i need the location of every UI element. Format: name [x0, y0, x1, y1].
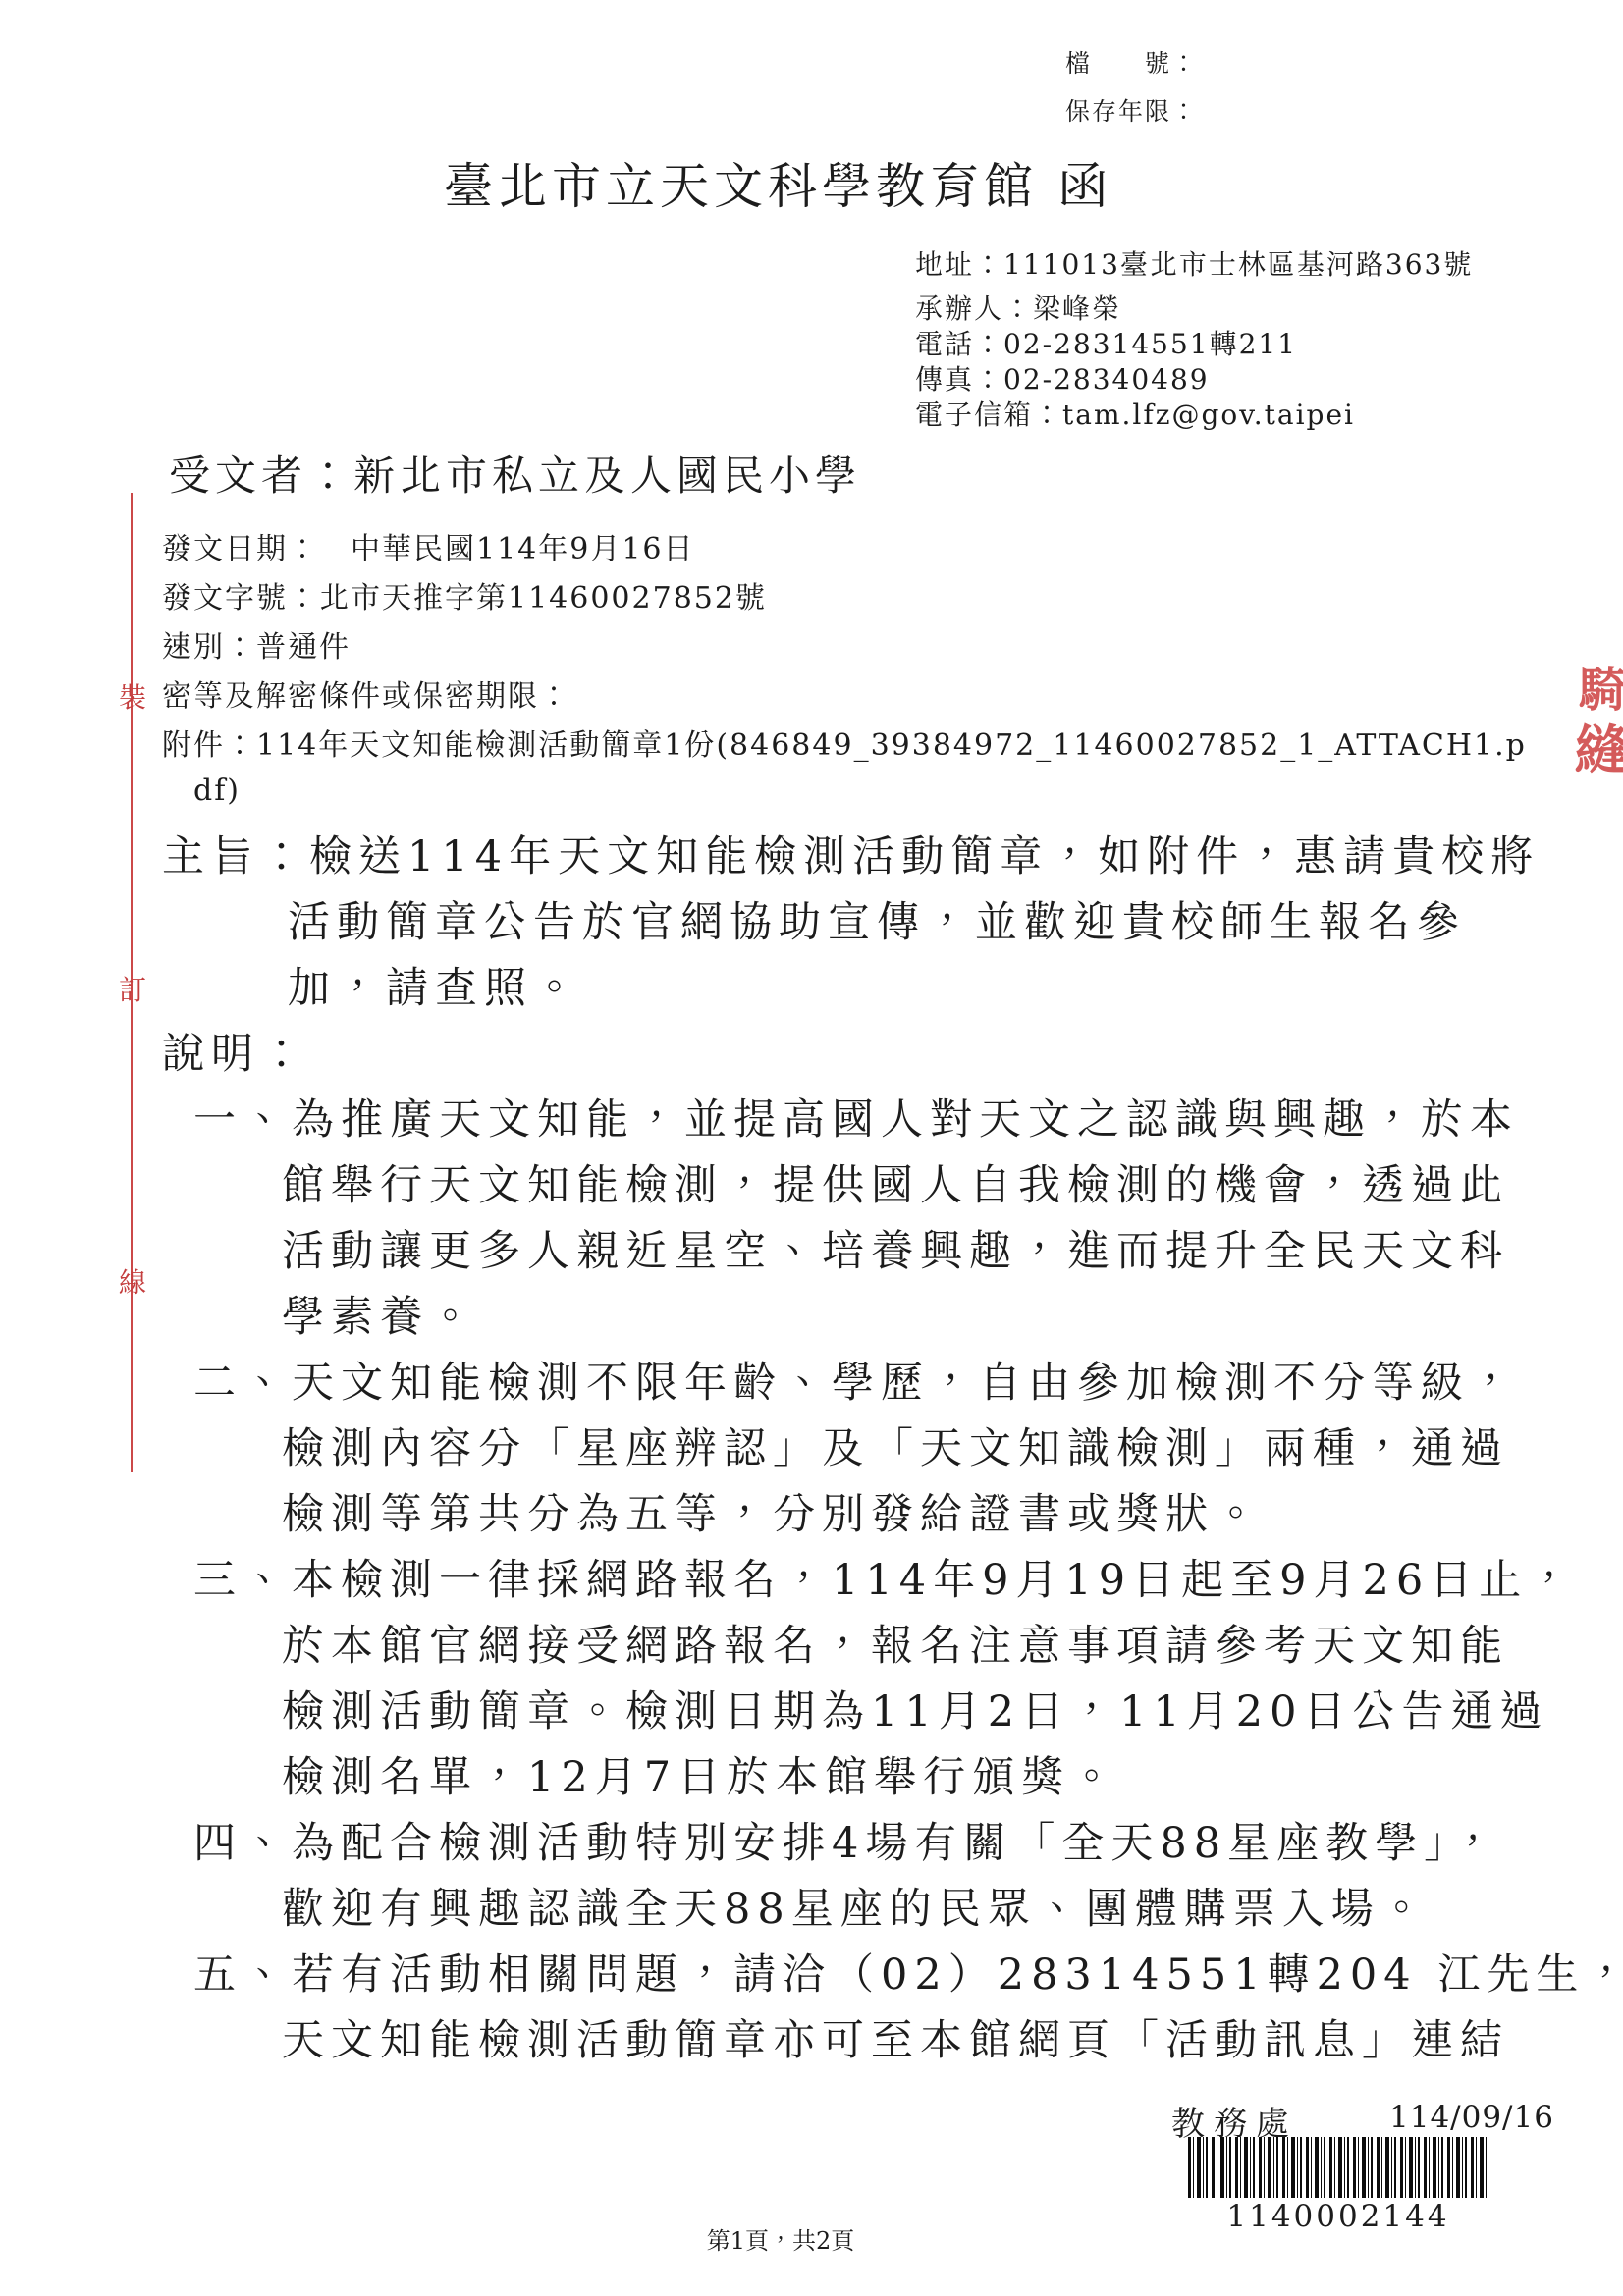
sender-phone: 電話：02-28314551轉211 [915, 327, 1473, 362]
dispatch-number: 發文字號：北市天推字第11460027852號 [162, 574, 1527, 623]
page-edge-stamp: 縫 [1575, 709, 1623, 784]
binding-char-ding: 訂 [117, 975, 148, 1006]
explanation-item-3-line: 於本館官網接受網路報名，報名注意事項請參考天文知能 [162, 1614, 1483, 1680]
explanation-item-1-line: 活動讓更多人親近星空、培養興趣，進而提升全民天文科 [162, 1219, 1483, 1285]
attachment-line-1: 附件：114年天文知能檢測活動簡章1份(846849_39384972_1146… [162, 721, 1527, 771]
explanation-item-1-line: 學素養。 [162, 1285, 1483, 1351]
explanation-item-2-line: 檢測內容分「星座辨認」及「天文知識檢測」兩種，通過 [162, 1416, 1483, 1482]
explanation-item-1-line: 館舉行天文知能檢測，提供國人自我檢測的機會，透過此 [162, 1153, 1483, 1219]
dispatch-security: 密等及解密條件或保密期限： [162, 672, 1527, 721]
explanation-item-5-line: 五、若有活動相關問題，請洽（02）28314551轉204 江先生， [162, 1943, 1483, 2008]
binding-char-zhuang: 裝 [117, 682, 148, 714]
barcode [1188, 2137, 1488, 2198]
dispatch-speed: 速別：普通件 [162, 623, 1527, 672]
dispatch-date: 發文日期： 中華民國114年9月16日 [162, 525, 1527, 574]
sender-email: 電子信箱：tam.lfz@gov.taipei [915, 398, 1473, 433]
subject-line: 主旨：檢送114年天文知能檢測活動簡章，如附件，惠請貴校將 [162, 825, 1483, 890]
retention-period-label: 保存年限： [1065, 87, 1198, 135]
recipient-line: 受文者：新北市私立及人國民小學 [169, 444, 861, 503]
explanation-item-3-line: 檢測活動簡章。檢測日期為11月2日，11月20日公告通過 [162, 1680, 1483, 1745]
stamp-date: 114/09/16 [1389, 2100, 1554, 2135]
explanation-item-4-line: 四、為配合檢測活動特別安排4場有關「全天88星座教學」， [162, 1811, 1483, 1877]
page-number-info: 第1頁，共2頁 [677, 2221, 884, 2256]
file-number-label: 檔 號： [1065, 39, 1198, 87]
barcode-number: 1140002144 [1188, 2199, 1488, 2234]
dispatch-meta-block: 發文日期： 中華民國114年9月16日 發文字號：北市天推字第114600278… [162, 525, 1527, 812]
explanation-heading: 說明： [162, 1022, 1483, 1088]
explanation-item-3-line: 三、本檢測一律採網路報名，114年9月19日起至9月26日止， [162, 1548, 1483, 1614]
explanation-item-1-line: 一、為推廣天文知能，並提高國人對天文之認識與興趣，於本 [162, 1088, 1483, 1153]
sender-contact-person: 承辦人：梁峰榮 [915, 292, 1473, 327]
sender-contact-block: 地址：111013臺北市士林區基河路363號 承辦人：梁峰榮 電話：02-283… [915, 247, 1473, 433]
sender-address: 地址：111013臺北市士林區基河路363號 [915, 247, 1473, 283]
explanation-item-3-line: 檢測名單，12月7日於本館舉行頒獎。 [162, 1745, 1483, 1811]
document-title: 臺北市立天文科學教育館 函 [444, 147, 1112, 218]
subject-line: 活動簡章公告於官網協助宣傳，並歡迎貴校師生報名參 [162, 890, 1483, 956]
explanation-item-4-line: 歡迎有興趣認識全天88星座的民眾、團體購票入場。 [162, 1877, 1483, 1943]
letter-body: 主旨：檢送114年天文知能檢測活動簡章，如附件，惠請貴校將 活動簡章公告於官網協… [162, 825, 1483, 2074]
explanation-item-2-line: 二、天文知能檢測不限年齡、學歷，自由參加檢測不分等級， [162, 1351, 1483, 1416]
explanation-item-2-line: 檢測等第共分為五等，分別發給證書或獎狀。 [162, 1482, 1483, 1548]
subject-line: 加，請查照。 [162, 956, 1483, 1022]
official-letter-page: 檔 號： 保存年限： 臺北市立天文科學教育館 函 地址：111013臺北市士林區… [0, 0, 1623, 2296]
explanation-item-5-line: 天文知能檢測活動簡章亦可至本館網頁「活動訊息」連結 [162, 2008, 1483, 2074]
archive-labels: 檔 號： 保存年限： [1065, 39, 1198, 135]
attachment-line-2: df) [162, 771, 1527, 812]
sender-fax: 傳真：02-28340489 [915, 362, 1473, 398]
binding-char-xian: 線 [117, 1267, 148, 1299]
